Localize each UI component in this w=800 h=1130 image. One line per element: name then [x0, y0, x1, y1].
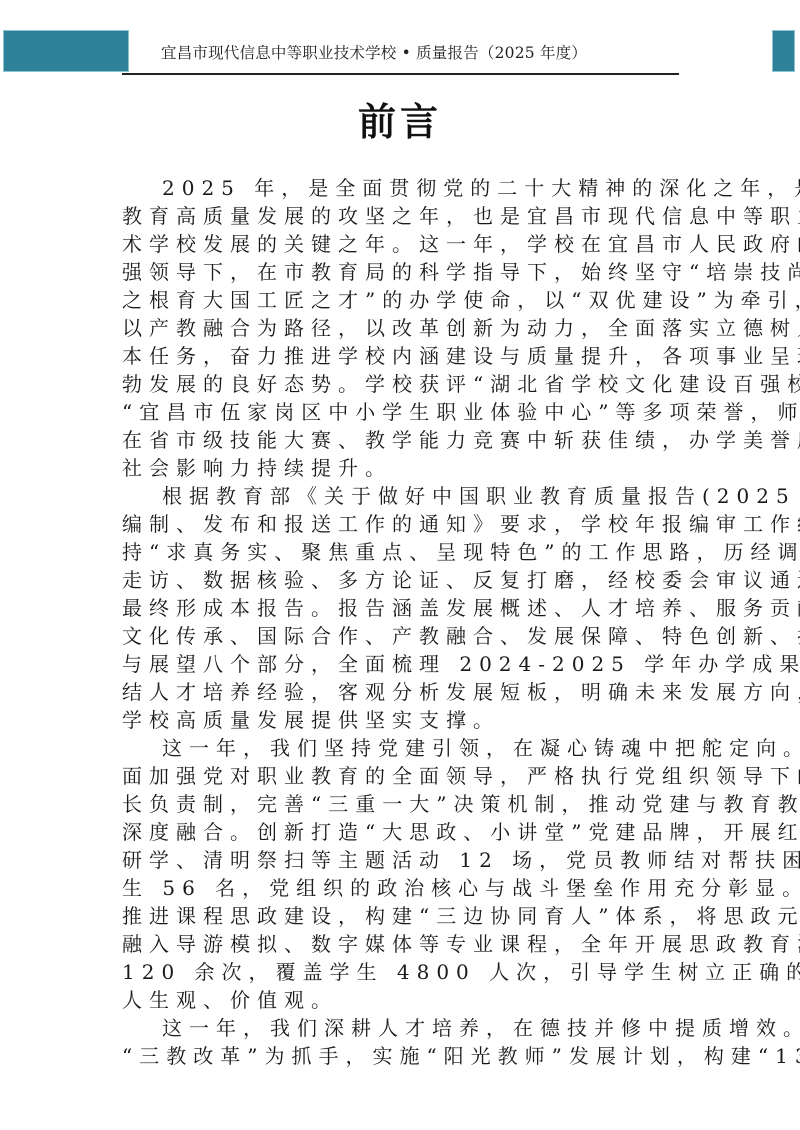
text-line: 2025 年，是全面贯彻党的二十大精神的深化之年，是职业: [122, 174, 682, 202]
header-divider: [122, 73, 679, 75]
text-line: 融入导游模拟、数字媒体等专业课程，全年开展思政教育活动: [122, 930, 682, 958]
text-line: 走访、数据核验、多方论证、反复打磨，经校委会审议通过，: [122, 566, 682, 594]
text-line: 强领导下，在市教育局的科学指导下，始终坚守“培崇技尚德: [122, 258, 682, 286]
header-accent-block-left: [4, 31, 128, 71]
text-line: 与展望八个部分，全面梳理 2024-2025 学年办学成果，系统总: [122, 650, 682, 678]
text-line: 长负责制，完善“三重一大”决策机制，推动党建与教育教学: [122, 790, 682, 818]
text-line: “宜昌市伍家岗区中小学生职业体验中心”等多项荣誉，师生: [122, 398, 682, 426]
text-line: 勃发展的良好态势。学校获评“湖北省学校文化建设百强校”: [122, 370, 682, 398]
text-line: 根据教育部《关于做好中国职业教育质量报告(2025 年度): [122, 482, 682, 510]
text-line: 结人才培养经验，客观分析发展短板，明确未来发展方向，为: [122, 678, 682, 706]
text-line: 以产教融合为路径，以改革创新为动力，全面落实立德树人根: [122, 314, 682, 342]
paragraph-4: 这一年，我们深耕人才培养，在德技并修中提质增效。以 “三教改革”为抓手，实施“阳…: [122, 1014, 682, 1070]
text-line: 面加强党对职业教育的全面领导，严格执行党组织领导下的校: [122, 762, 682, 790]
text-line: 本任务，奋力推进学校内涵建设与质量提升，各项事业呈现蓬: [122, 342, 682, 370]
text-line: 生 56 名，党组织的政治核心与战斗堡垒作用充分彰显。深入: [122, 874, 682, 902]
text-line: “三教改革”为抓手，实施“阳光教师”发展计划，构建“1331”: [122, 1042, 682, 1070]
text-line: 之根育大国工匠之才”的办学使命，以“双优建设”为牵引，: [122, 286, 682, 314]
paragraph-2: 根据教育部《关于做好中国职业教育质量报告(2025 年度) 编制、发布和报送工作…: [122, 482, 682, 734]
text-line: 在省市级技能大赛、教学能力竞赛中斩获佳绩，办学美誉度与: [122, 426, 682, 454]
body-text: 2025 年，是全面贯彻党的二十大精神的深化之年，是职业 教育高质量发展的攻坚之…: [122, 174, 682, 1070]
text-line: 这一年，我们深耕人才培养，在德技并修中提质增效。以: [122, 1014, 682, 1042]
text-line: 深度融合。创新打造“大思政、小讲堂”党建品牌，开展红色: [122, 818, 682, 846]
text-line: 人生观、价值观。: [122, 986, 682, 1014]
text-line: 术学校发展的关键之年。这一年，学校在宜昌市人民政府的坚: [122, 230, 682, 258]
text-line: 120 余次，覆盖学生 4800 人次，引导学生树立正确的世界观、: [122, 958, 682, 986]
text-line: 推进课程思政建设，构建“三边协同育人”体系，将思政元素: [122, 902, 682, 930]
text-line: 持“求真务实、聚焦重点、呈现特色”的工作思路，历经调研: [122, 538, 682, 566]
text-line: 编制、发布和报送工作的通知》要求，学校年报编审工作组秉: [122, 510, 682, 538]
paragraph-3: 这一年，我们坚持党建引领，在凝心铸魂中把舵定向。全 面加强党对职业教育的全面领导…: [122, 734, 682, 1014]
text-line: 这一年，我们坚持党建引领，在凝心铸魂中把舵定向。全: [122, 734, 682, 762]
text-line: 学校高质量发展提供坚实支撑。: [122, 706, 682, 734]
text-line: 研学、清明祭扫等主题活动 12 场，党员教师结对帮扶困难学: [122, 846, 682, 874]
text-line: 社会影响力持续提升。: [122, 454, 682, 482]
page-title: 前言: [0, 98, 800, 146]
text-line: 教育高质量发展的攻坚之年，也是宜昌市现代信息中等职业技: [122, 202, 682, 230]
header-accent-block-right: [773, 31, 794, 71]
running-header: 宜昌市现代信息中等职业技术学校 • 质量报告（2025 年度）: [161, 43, 587, 63]
text-line: 最终形成本报告。报告涵盖发展概述、人才培养、服务贡献、: [122, 594, 682, 622]
paragraph-1: 2025 年，是全面贯彻党的二十大精神的深化之年，是职业 教育高质量发展的攻坚之…: [122, 174, 682, 482]
text-line: 文化传承、国际合作、产教融合、发展保障、特色创新、挑战: [122, 622, 682, 650]
